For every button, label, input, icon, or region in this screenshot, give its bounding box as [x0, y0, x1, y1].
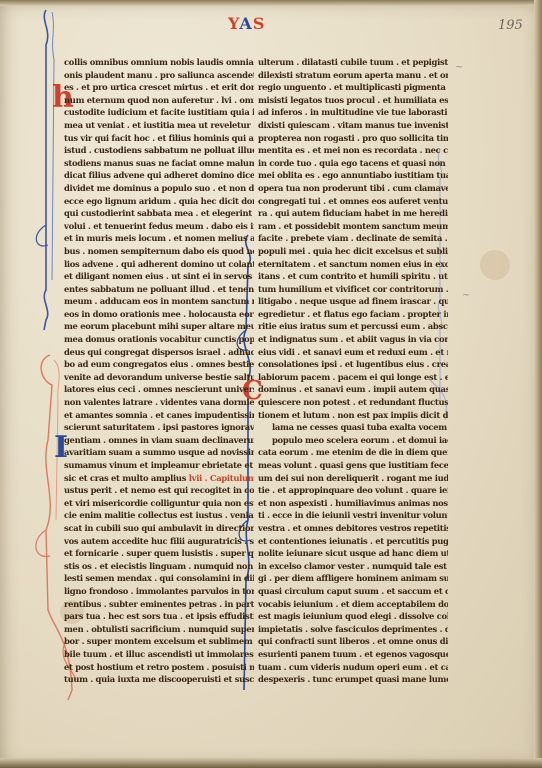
text-line: avaritiam suam a summo usque ad novissim…: [64, 446, 254, 459]
text-line: ram . et possidebit montem sanctum meum …: [258, 220, 448, 233]
text-line: pars tua . hec est sors tua . et ipsis e…: [64, 610, 254, 623]
text-line: cie enim malitie collectus est iustus . …: [64, 509, 254, 522]
text-line: et amantes somnia . et canes impudentiss…: [64, 409, 254, 422]
text-line: ulterum . dilatasti cubile tuum . et pep…: [258, 56, 448, 69]
text-line: impietatis . solve fasciculos deprimente…: [258, 623, 448, 636]
text-line: mentita es . et mei non es recordata . n…: [258, 144, 448, 157]
chapter-rubric-line: sic et cras et multo amplius lvii . Capi…: [64, 472, 254, 485]
text-line: onis plaudent manu . pro saliunca ascend…: [64, 69, 254, 82]
text-line: vos autem accedite huc filii auguratrici…: [64, 535, 254, 548]
text-line: egredietur . et flatus ego faciam . prop…: [258, 308, 448, 321]
text-line: dicat filius advene qui adheret domino d…: [64, 169, 254, 182]
text-line: bile tuum . et illuc ascendisti ut immol…: [64, 648, 254, 661]
text-line: volui . et tenuerint fedus meum . dabo e…: [64, 220, 254, 233]
text-line: tum humilium et vivificet cor contritoru…: [258, 283, 448, 296]
text-line: dilexisti stratum eorum aperta manu . et…: [258, 69, 448, 82]
text-line: custodite iudicium et facite iustitiam q…: [64, 106, 254, 119]
text-line: et post hostium et retro postem . posuis…: [64, 661, 254, 674]
text-line: et indignatus sum . et abiit vagus in vi…: [258, 333, 448, 346]
text-line-with-rubric: ritie eius iratus sum et percussi eum . …: [258, 320, 448, 333]
text-line: um dei sui non dereliquerit . rogant me …: [258, 472, 448, 485]
text-line: propterea non rogasti . pro quo sollicit…: [258, 132, 448, 145]
text-line: quasi circulum caput suum . et saccum et…: [258, 585, 448, 598]
text-line: et diligant nomen eius . ut sint ei in s…: [64, 270, 254, 283]
text-line: regio unguento . et multiplicasti pigmen…: [258, 81, 448, 94]
text-line: et non aspexisti . humiliavimus animas n…: [258, 497, 448, 510]
text-line: meum . adducam eos in montem sanctum meu…: [64, 295, 254, 308]
text-line: me eorum placebunt mihi super altare meu…: [64, 320, 254, 333]
text-line: stis os . et eiecistis linguam . numquid…: [64, 560, 254, 573]
text-line: gentiam . omnes in viam suam declinaveru…: [64, 434, 254, 447]
text-line: mea ut veniat . et iustitia mea ut revel…: [64, 119, 254, 132]
text-line: lama ne cesses quasi tuba exalta vocem t…: [258, 421, 448, 434]
text-line: ustus perit . et nemo est qui recogitet …: [64, 484, 254, 497]
text-line: ligno frondoso . immolantes parvulos in …: [64, 585, 254, 598]
text-line: bor . super montem excelsum et sublimem …: [64, 635, 254, 648]
text-line: qui custodierint sabbata mea . et eleger…: [64, 207, 254, 220]
text-line: cata eorum . me etenim de die in diem qu…: [258, 446, 448, 459]
text-line: ecce ego lignum aridum . quia hec dicit …: [64, 195, 254, 208]
manuscript-page: ~ ~ YAS 195 h I C collis omnibus omnium …: [0, 0, 542, 768]
text-line: mei oblita es . ego annuntiabo iustitiam…: [258, 169, 448, 182]
text-fragment: ritie eius iratus sum et percussi eum . …: [258, 321, 448, 331]
text-line: ad inferos . in multitudine vie tue labo…: [258, 106, 448, 119]
text-line: despexeris . tunc erumpet quasi mane lum…: [258, 673, 448, 686]
text-fragment: tionem et lutum . non est pax impiis dic…: [258, 410, 448, 420]
text-line: misisti legatos tuos procul . et humilia…: [258, 94, 448, 107]
text-line: dixisti quiescam . vitam manus tue inven…: [258, 119, 448, 132]
text-line: tuam . cum videris nudum operi eum . et …: [258, 661, 448, 674]
text-line: est magis ieiunium quod elegi . dissolve…: [258, 610, 448, 623]
text-line: populi mei . quia hec dicit excelsus et …: [258, 245, 448, 258]
text-line: ra . qui autem fiduciam habet in me here…: [258, 207, 448, 220]
text-line: congregati tui . et omnes eos auferet ve…: [258, 195, 448, 208]
text-line: tuum . quia iuxta me discooperuisti et s…: [64, 673, 254, 686]
text-line: bus . nomen sempiternum dabo eis quod no…: [64, 245, 254, 258]
text-line: deus qui congregat dispersos israel . ad…: [64, 346, 254, 359]
text-line: sumamus vinum et impleamur ebrietate et …: [64, 459, 254, 472]
text-line: nolite ieiunare sicut usque ad hanc diem…: [258, 547, 448, 560]
chapter-number-rubric: lvii .: [189, 473, 207, 483]
text-line: dominus . et sanavi eum . impii autem qu…: [258, 383, 448, 396]
text-line: rentibus . subter eminentes petras . in …: [64, 598, 254, 611]
text-line: entes sabbatum ne polluant illud . et te…: [64, 283, 254, 296]
text-line: tie . et appropinquare deo volunt . quar…: [258, 484, 448, 497]
text-line: consolationes ipsi . et lugentibus eius …: [258, 358, 448, 371]
text-line: qui confracti sunt liberos . et omne onu…: [258, 635, 448, 648]
text-line: men . obtulisti sacrificium . numquid su…: [64, 623, 254, 636]
text-line: et viri misericordie colliguntur quia no…: [64, 497, 254, 510]
text-line: meas volunt . quasi gens que iustitiam f…: [258, 459, 448, 472]
text-line: quiescere non potest . et redundant fluc…: [258, 396, 448, 409]
text-line: vestra . et omnes debitores vestros repe…: [258, 522, 448, 535]
text-line: gi . per diem affligere hominem animam s…: [258, 572, 448, 585]
text-line: esurienti panem tuum . et egenos vagosqu…: [258, 648, 448, 661]
text-line: lios advene . qui adherent domino ut col…: [64, 258, 254, 271]
text-line: mea domus orationis vocabitur cunctis po…: [64, 333, 254, 346]
text-fragment: sic et cras et multo amplius: [64, 473, 186, 483]
text-line: opera tua non proderunt tibi . cum clama…: [258, 182, 448, 195]
text-line: collis omnibus omnium nobis laudis omnia…: [64, 56, 254, 69]
text-line: tus vir qui facit hoc . et filius homini…: [64, 132, 254, 145]
text-line: istud . custodiens sabbatum ne polluat i…: [64, 144, 254, 157]
text-line: latores eius ceci . omnes nescierunt uni…: [64, 383, 254, 396]
text-line: scierunt saturitatem . ipsi pastores ign…: [64, 421, 254, 434]
text-line: litigabo . neque usque ad finem irascar …: [258, 295, 448, 308]
text-line: et contentiones ieiunatis . et percutiti…: [258, 535, 448, 548]
text-line-with-rubric: tionem et lutum . non est pax impiis dic…: [258, 409, 448, 422]
text-line: et in muris meis locum . et nomen melius…: [64, 232, 254, 245]
text-line: lesti semen mendax . qui consolamini in …: [64, 572, 254, 585]
text-line: scat in cubili suo qui ambulavit in dire…: [64, 522, 254, 535]
text-line: eius vidi . et sanavi eum et reduxi eum …: [258, 346, 448, 359]
text-line: ti . ecce in die ieiunii vestri invenitu…: [258, 509, 448, 522]
text-line: stodiens manus suas ne faciat omne malum…: [64, 157, 254, 170]
text-line: et fornicarie . super quem lusistis . su…: [64, 547, 254, 560]
text-line: eternitatem . et sanctum nomen eius in e…: [258, 258, 448, 271]
text-line: es . et pro urtica crescet mirtus . et e…: [64, 81, 254, 94]
chapter-label-rubric: Capitulum .: [210, 473, 254, 483]
text-line: in excelso clamor vester . numquid tale …: [258, 560, 448, 573]
text-line: populo meo scelera eorum . et domui iaco…: [258, 434, 448, 447]
text-line: facite . prebete viam . declinate de sem…: [258, 232, 448, 245]
text-line: vocabis ieiunium . et diem acceptabilem …: [258, 598, 448, 611]
text-line: num eternum quod non auferetur . lvi . o…: [64, 94, 254, 107]
text-line: venite ad devorandum universe bestie sal…: [64, 371, 254, 384]
text-line: itans . et cum contrito et humili spirit…: [258, 270, 448, 283]
text-column-left: collis omnibus omnium nobis laudis omnia…: [64, 56, 254, 686]
text-line: eos in domo orationis mee . holocausta e…: [64, 308, 254, 321]
text-line: dividet me dominus a populo suo . et non…: [64, 182, 254, 195]
text-line: in corde tuo . quia ego tacens et quasi …: [258, 157, 448, 170]
text-line: bo ad eum congregatos eius . omnes besti…: [64, 358, 254, 371]
text-line: non valentes latrare . videntes vana dor…: [64, 396, 254, 409]
text-column-right: ulterum . dilatasti cubile tuum . et pep…: [258, 56, 448, 686]
text-line: labiorum pacem . pacem ei qui longe est …: [258, 371, 448, 384]
